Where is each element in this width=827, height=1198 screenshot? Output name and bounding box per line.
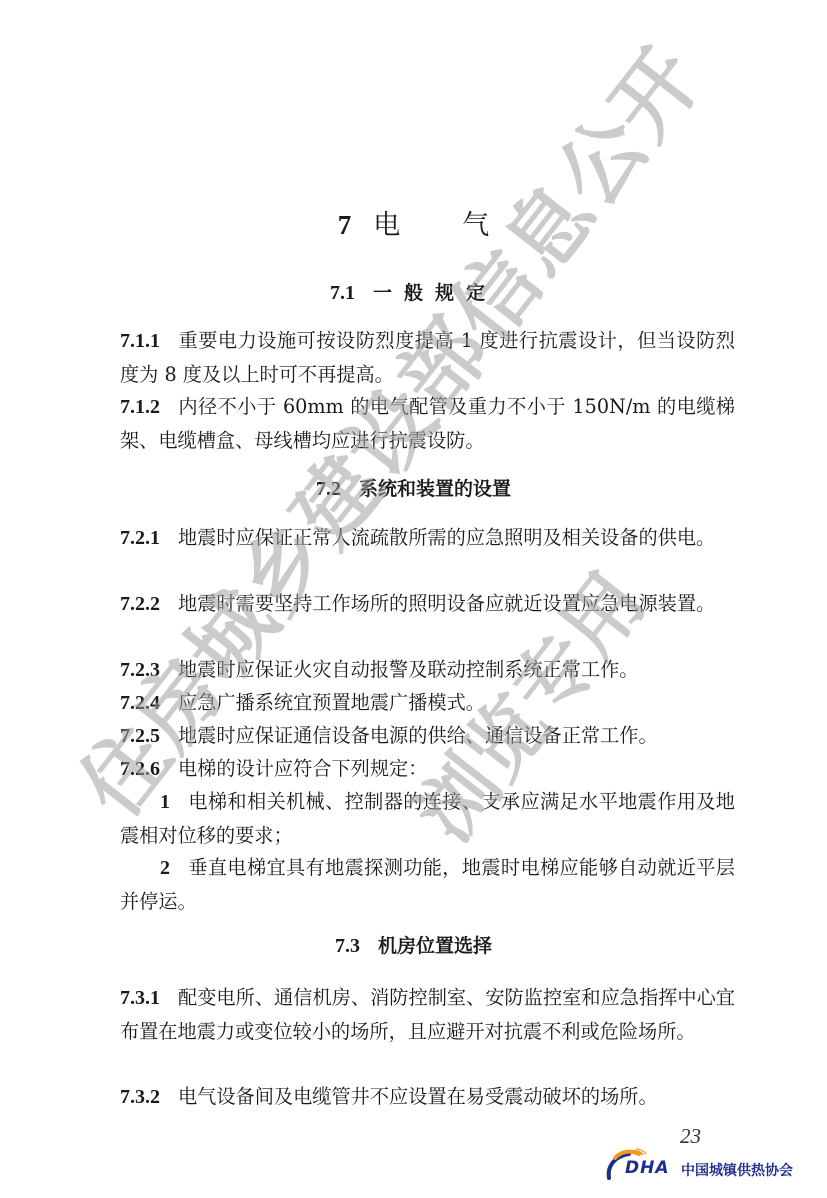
clause-text: 配变电所、通信机房、消防控制室、安防监控室和应急指挥中心宜布置在地震力或变位较小… [120, 986, 735, 1043]
clause-7-2-1: 7.2.1地震时应保证正常人流疏散所需的应急照明及相关设备的供电。 [120, 521, 735, 555]
section-heading-text: 机房位置选择 [378, 935, 492, 957]
clause-number: 7.2.2 [120, 593, 160, 615]
clause-number: 7.3.2 [120, 1086, 160, 1108]
section-number: 7.2 [316, 478, 341, 500]
clause-7-2-6: 7.2.6电梯的设计应符合下列规定： [120, 752, 735, 786]
section-heading-text: 一般规定 [373, 282, 497, 304]
page-number: 23 [680, 1124, 701, 1149]
item-text: 电梯和相关机械、控制器的连接、支承应满足水平地震作用及地震相对位移的要求； [120, 790, 735, 847]
clause-number: 7.2.3 [120, 659, 160, 681]
item-number: 2 [160, 857, 170, 879]
dha-logo-mark: DHA [605, 1148, 675, 1184]
clause-7-3-2: 7.3.2电气设备间及电缆管井不应设置在易受震动破坏的场所。 [120, 1080, 735, 1114]
clause-number: 7.2.5 [120, 725, 160, 747]
clause-text: 地震时应保证火灾自动报警及联动控制系统正常工作。 [178, 658, 639, 681]
clause-text: 电梯的设计应符合下列规定： [178, 757, 427, 780]
section-title-7-1: 7.1一般规定 [0, 278, 827, 308]
chapter-title-char-2: 气 [462, 210, 489, 241]
clause-text: 地震时应保证通信设备电源的供给、通信设备正常工作。 [178, 724, 658, 747]
clause-text: 应急广播系统宜预置地震广播模式。 [178, 691, 485, 714]
logo-organization-name: 中国城镇供热协会 [681, 1160, 793, 1180]
item-number: 1 [160, 791, 170, 813]
clause-7-3-1: 7.3.1配变电所、通信机房、消防控制室、安防监控室和应急指挥中心宜布置在地震力… [120, 981, 735, 1048]
clause-text: 重要电力设施可按设防烈度提高 1 度进行抗震设计，但当设防烈度为 8 度及以上时… [120, 329, 735, 386]
section-title-7-3: 7.3机房位置选择 [0, 931, 827, 961]
section-title-7-2: 7.2系统和装置的设置 [0, 474, 827, 504]
chapter-title: 7电气 [0, 205, 827, 246]
section-heading-text: 系统和装置的设置 [359, 478, 511, 500]
clause-7-2-6-item-2: 2垂直电梯宜具有地震探测功能，地震时电梯应能够自动就近平层并停运。 [120, 851, 735, 918]
section-number: 7.1 [330, 282, 355, 304]
clause-7-2-5: 7.2.5地震时应保证通信设备电源的供给、通信设备正常工作。 [120, 719, 735, 753]
chapter-number: 7 [338, 210, 352, 240]
section-number: 7.3 [335, 935, 360, 957]
clause-7-2-3: 7.2.3地震时应保证火灾自动报警及联动控制系统正常工作。 [120, 653, 735, 687]
clause-7-2-4: 7.2.4应急广播系统宜预置地震广播模式。 [120, 686, 735, 720]
clause-number: 7.2.1 [120, 527, 160, 549]
clause-text: 地震时需要坚持工作场所的照明设备应就近设置应急电源装置。 [178, 592, 715, 615]
clause-7-1-1: 7.1.1重要电力设施可按设防烈度提高 1 度进行抗震设计，但当设防烈度为 8 … [120, 324, 735, 391]
clause-7-1-2: 7.1.2内径不小于 60mm 的电气配管及重力不小于 150N/m 的电缆梯架… [120, 390, 735, 457]
item-text: 垂直电梯宜具有地震探测功能，地震时电梯应能够自动就近平层并停运。 [120, 856, 735, 913]
clause-7-2-2: 7.2.2地震时需要坚持工作场所的照明设备应就近设置应急电源装置。 [120, 587, 735, 621]
clause-number: 7.2.6 [120, 758, 160, 780]
clause-number: 7.2.4 [120, 692, 160, 714]
clause-number: 7.1.1 [120, 330, 160, 352]
chapter-title-char-1: 电 [373, 210, 400, 241]
footer-logo: DHA 中国城镇供热协会 [605, 1148, 793, 1184]
clause-7-2-6-item-1: 1电梯和相关机械、控制器的连接、支承应满足水平地震作用及地震相对位移的要求； [120, 785, 735, 852]
logo-abbreviation: DHA [625, 1158, 670, 1178]
clause-text: 电气设备间及电缆管井不应设置在易受震动破坏的场所。 [178, 1085, 658, 1108]
clause-number: 7.1.2 [120, 396, 160, 418]
clause-number: 7.3.1 [120, 987, 160, 1009]
document-page: 7电气 7.1一般规定 7.1.1重要电力设施可按设防烈度提高 1 度进行抗震设… [0, 0, 827, 1198]
clause-text: 地震时应保证正常人流疏散所需的应急照明及相关设备的供电。 [178, 526, 715, 549]
clause-text: 内径不小于 60mm 的电气配管及重力不小于 150N/m 的电缆梯架、电缆槽盒… [120, 395, 735, 452]
